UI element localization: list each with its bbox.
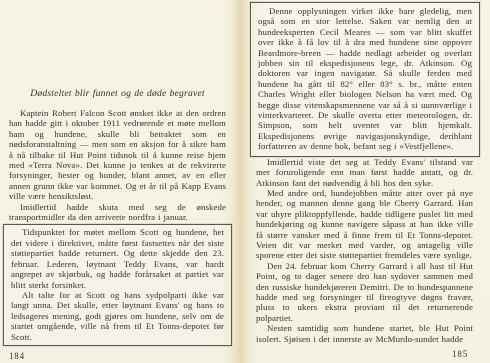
right-paragraph-1: Imidlertid viste det seg at Teddy Evans'… bbox=[256, 157, 473, 188]
left-boxed-paragraph-2: Alt talte for at Scott og hans sydpolpar… bbox=[11, 290, 224, 342]
right-paragraph-2: Med andre ord, hundejobben måtte atter o… bbox=[256, 188, 473, 261]
chapter-heading: Dødsteltet blir funnet og de døde begrav… bbox=[9, 88, 226, 99]
right-paragraph-4: Nesten samtidig som hundene startet, ble… bbox=[256, 323, 473, 344]
right-boxed-passage: Denne opplysningen virket ikke bare gled… bbox=[250, 2, 480, 157]
left-paragraph-2: Imidlertid hadde skuta med seg de ønsked… bbox=[9, 202, 226, 223]
right-page: Denne opplysningen virket ikke bare gled… bbox=[256, 0, 473, 359]
right-page-number: 185 bbox=[256, 349, 473, 359]
book-spread: Dødsteltet blir funnet og de døde begrav… bbox=[0, 0, 490, 363]
right-paragraph-3: Den 24. februar kom Cherry Garrard i all… bbox=[256, 261, 473, 323]
left-page: Dødsteltet blir funnet og de døde begrav… bbox=[9, 0, 226, 361]
left-boxed-passage: Tidspunktet for møtet mellom Scott og hu… bbox=[3, 224, 232, 345]
right-boxed-paragraph-1: Denne opplysningen virket ikke bare gled… bbox=[258, 6, 472, 152]
left-boxed-paragraph-1: Tidspunktet for møtet mellom Scott og hu… bbox=[11, 227, 224, 289]
left-page-number: 184 bbox=[9, 351, 226, 361]
left-paragraph-1: Kaptein Robert Falcon Scott ønsket ikke … bbox=[9, 108, 226, 202]
